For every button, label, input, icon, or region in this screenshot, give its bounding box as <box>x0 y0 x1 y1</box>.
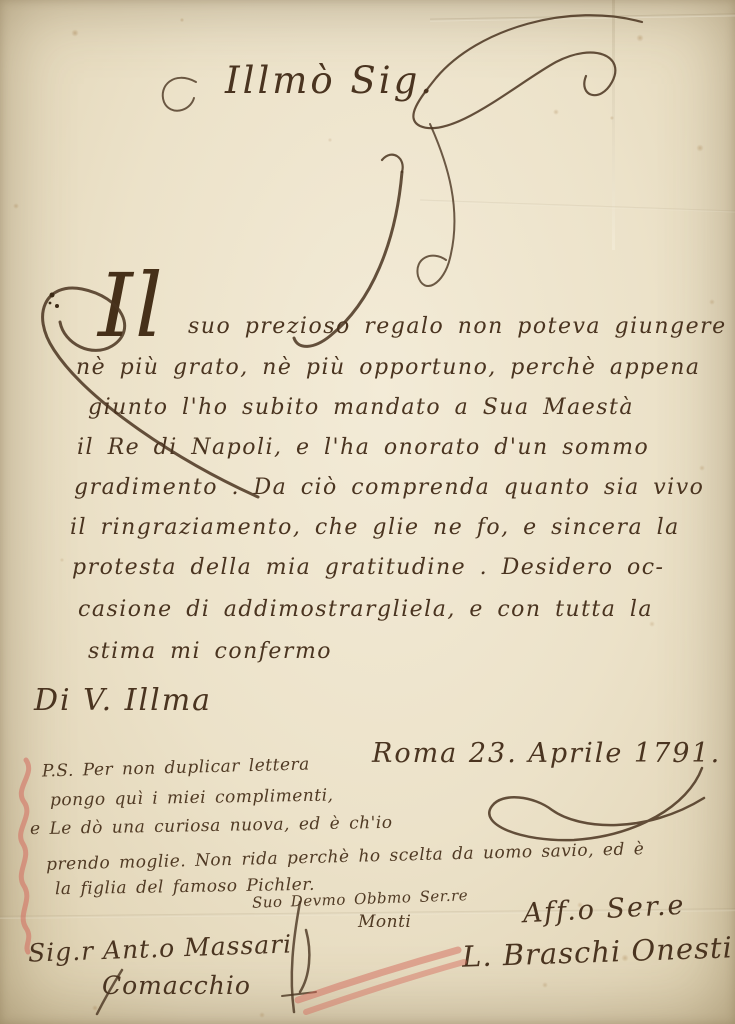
ps-line-2: pongo quì i miei complimenti, <box>50 788 334 810</box>
red-chalk-diagonal-1 <box>298 950 458 1000</box>
letter-page: Illmò Sig. Il suo prezioso regalo non po… <box>0 0 735 1024</box>
ink-blot-3 <box>49 302 52 305</box>
illuminated-initial: Il <box>98 262 165 350</box>
dateline: Roma 23. Aprile 1791. <box>372 740 721 767</box>
body-line-8: casione di addimostrargliela, e con tutt… <box>78 599 653 621</box>
salutation-left-curl <box>163 78 196 111</box>
paper-crease-top <box>430 13 735 21</box>
address-note-line-2: Comacchio <box>102 973 251 998</box>
ps-line-3: e Le dò una curiosa nuova, ed è ch'io <box>30 815 393 838</box>
body-line-1: suo prezioso regalo non poteva giungere <box>188 316 727 338</box>
signature-valediction: Aff.o Ser.e <box>522 892 686 927</box>
address-brace-stroke <box>300 930 309 992</box>
address-note-line-1: Sig.r Ant.o Massari <box>28 931 293 965</box>
secretary-note-line-1: Suo Devmo Obbmo Ser.re <box>252 888 469 911</box>
closing-line: Di V. Illma <box>34 686 212 716</box>
address-dash-stroke <box>282 992 316 996</box>
paper-crease-right <box>612 0 615 250</box>
salutation-flourish-tail <box>417 124 454 286</box>
body-line-7: protesta della mia gratitudine . Desider… <box>72 557 664 579</box>
initial-ascender-hook <box>382 155 403 172</box>
secretary-note-descender-stroke <box>292 902 300 1012</box>
body-line-6: il ringraziamento, che glie ne fo, e sin… <box>70 517 680 539</box>
salutation: Illmò Sig. <box>225 62 435 99</box>
body-line-3: giunto l'ho subito mandato a Sua Maestà <box>88 397 634 419</box>
ink-blot-2 <box>55 304 59 308</box>
ps-line-1: P.S. Per non duplicar lettera <box>42 756 310 780</box>
body-line-4: il Re di Napoli, e l'ha onorato d'un som… <box>77 437 649 459</box>
body-line-5: gradimento . Da ciò comprenda quanto sia… <box>74 477 704 499</box>
body-line-2: nè più grato, nè più opportuno, perchè a… <box>76 357 701 379</box>
ps-line-4: prendo moglie. Non rida perchè ho scelta… <box>46 841 645 874</box>
red-chalk-left-margin-mark <box>21 760 29 952</box>
body-line-9: stima mi confermo <box>88 641 332 663</box>
signature-name: L. Braschi Onesti <box>462 933 734 971</box>
paper-crease-mid <box>420 200 735 213</box>
secretary-note-line-2: Monti <box>358 914 411 931</box>
dateline-flourish <box>489 768 704 840</box>
salutation-flourish-swash <box>413 15 642 128</box>
red-chalk-diagonal-2 <box>306 962 464 1012</box>
ink-blot-1 <box>50 293 55 298</box>
